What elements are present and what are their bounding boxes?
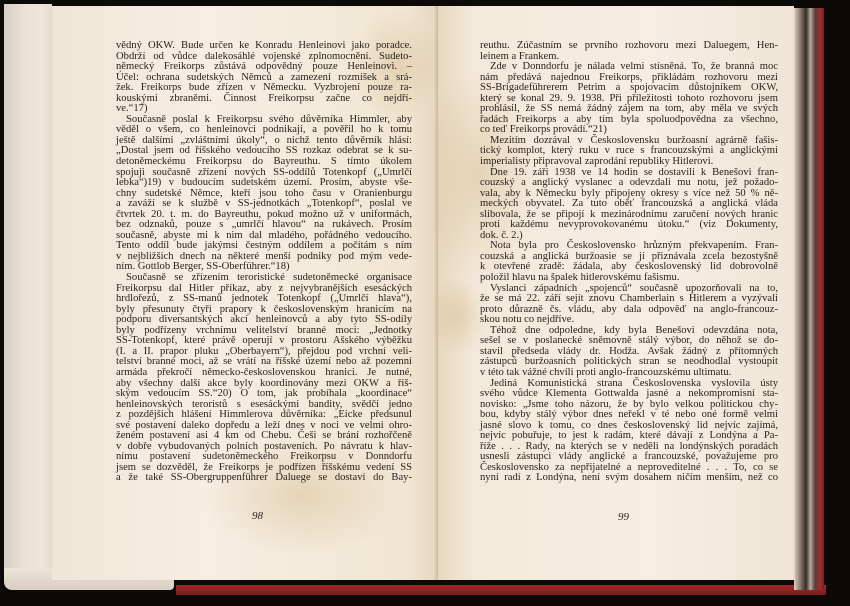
right-page: reuthu. Zúčastním se prvního rozhovoru m… xyxy=(438,6,794,580)
page-block-edge-left xyxy=(4,4,52,570)
text-line: nyní radí z Londýna, není svým dosahem n… xyxy=(480,473,778,484)
left-page-body-text: vědný OKW. Bude určen ke Konradu Henlein… xyxy=(116,41,412,484)
text-line: a že také SS-Obergruppenführer Daluege s… xyxy=(116,473,412,484)
text-line: položil hlavu na špalek hitlerovskému fa… xyxy=(480,273,778,284)
left-page: vědný OKW. Bude určen ke Konradu Henlein… xyxy=(52,6,438,580)
text-line: armáda překročí německo-československou … xyxy=(116,368,412,379)
text-line: Současně se zřízením teroristické sudeto… xyxy=(116,273,412,284)
book-spread: vědný OKW. Bude určen ke Konradu Henlein… xyxy=(0,0,850,606)
text-line: imperialisty připravoval zaprodání repub… xyxy=(480,157,778,168)
book-cover-right-edge xyxy=(794,8,824,590)
text-line: kouskými zbraněmi. Činnost Freikorpsu za… xyxy=(116,94,412,105)
book-cover-bottom xyxy=(176,585,826,595)
text-line: vědný OKW. Bude určen ke Konradu Henlein… xyxy=(116,41,412,52)
text-line: proti každému nevyprovokovanému útoku.“ … xyxy=(480,220,778,231)
text-line: detoněmeckému Freikorpsu do Bayreuthu. S… xyxy=(116,157,412,168)
text-line: svého vůdce Klementa Gottwalda jasné a n… xyxy=(480,389,778,400)
right-page-body-text: reuthu. Zúčastním se prvního rozhovoru m… xyxy=(480,41,778,484)
page-number-right: 99 xyxy=(618,511,629,523)
text-line: reuthu. Zúčastním se prvního rozhovoru m… xyxy=(480,41,778,52)
page-number-left: 98 xyxy=(252,510,263,522)
text-line: ským vedoucím SS.“20) O tom, jak probíha… xyxy=(116,389,412,400)
text-line: v této tak vážné chvíli proti anglo-fran… xyxy=(480,368,778,379)
